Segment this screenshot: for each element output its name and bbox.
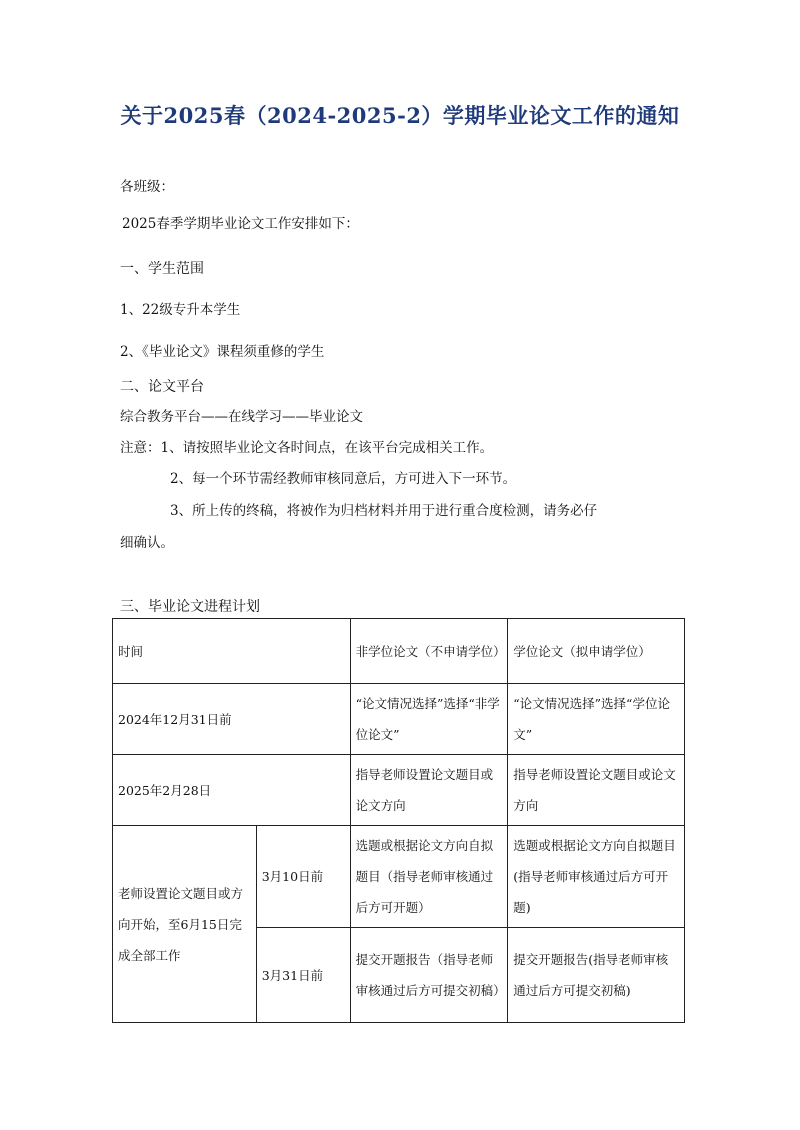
row-degree: “论文情况选择”选择“学位论文” bbox=[508, 684, 685, 755]
scope-item-2: 2、《毕业论文》课程须重修的学生 bbox=[120, 340, 324, 360]
note-2: 2、每一个环节需经教师审核同意后，方可进入下一环节。 bbox=[170, 467, 516, 487]
group-label: 老师设置论文题目或方向开始，至6月15日完成全部工作 bbox=[113, 826, 257, 1023]
row-degree: 指导老师设置论文题目或论文方向 bbox=[508, 755, 685, 826]
header-time: 时间 bbox=[113, 619, 351, 684]
row-non-degree: “论文情况选择”选择“非学位论文” bbox=[350, 684, 508, 755]
section3-heading: 三、毕业论文进程计划 bbox=[120, 596, 260, 616]
section1-heading: 一、学生范围 bbox=[120, 258, 204, 278]
row-time: 2025年2月28日 bbox=[113, 755, 351, 826]
greeting: 各班级： bbox=[120, 175, 174, 195]
row-non-degree: 提交开题报告（指导老师审核通过后方可提交初稿） bbox=[350, 928, 508, 1023]
section2-heading: 二、论文平台 bbox=[120, 376, 204, 396]
row-non-degree: 选题或根据论文方向自拟题目（指导老师审核通过后方可开题） bbox=[350, 826, 508, 928]
platform-path: 综合教务平台——在线学习——毕业论文 bbox=[120, 405, 363, 425]
table-row: 老师设置论文题目或方向开始，至6月15日完成全部工作 3月10日前 选题或根据论… bbox=[113, 826, 685, 928]
table-row: 2025年2月28日 指导老师设置论文题目或论文方向 指导老师设置论文题目或论文… bbox=[113, 755, 685, 826]
table-header-row: 时间 非学位论文（不申请学位） 学位论文（拟申请学位） bbox=[113, 619, 685, 684]
intro-text: 2025春季学期毕业论文工作安排如下： bbox=[122, 212, 359, 232]
row-time: 3月31日前 bbox=[256, 928, 350, 1023]
table-row: 2024年12月31日前 “论文情况选择”选择“非学位论文” “论文情况选择”选… bbox=[113, 684, 685, 755]
row-non-degree: 指导老师设置论文题目或论文方向 bbox=[350, 755, 508, 826]
header-non-degree: 非学位论文（不申请学位） bbox=[350, 619, 508, 684]
header-degree: 学位论文（拟申请学位） bbox=[508, 619, 685, 684]
document-title: 关于2025春（2024-2025-2）学期毕业论文工作的通知 bbox=[0, 100, 800, 130]
note-3: 3、所上传的终稿，将被作为归档材料并用于进行重合度检测，请务必仔 bbox=[170, 499, 597, 519]
row-degree: 选题或根据论文方向自拟题目(指导老师审核通过后方可开题) bbox=[508, 826, 685, 928]
row-time: 3月10日前 bbox=[256, 826, 350, 928]
scope-item-1: 1、22级专升本学生 bbox=[120, 298, 240, 318]
schedule-table: 时间 非学位论文（不申请学位） 学位论文（拟申请学位） 2024年12月31日前… bbox=[112, 618, 685, 1023]
note-3-cont: 细确认。 bbox=[120, 531, 174, 551]
row-time: 2024年12月31日前 bbox=[113, 684, 351, 755]
note-1: 注意：1、请按照毕业论文各时间点，在该平台完成相关工作。 bbox=[120, 436, 493, 456]
row-degree: 提交开题报告(指导老师审核通过后方可提交初稿) bbox=[508, 928, 685, 1023]
